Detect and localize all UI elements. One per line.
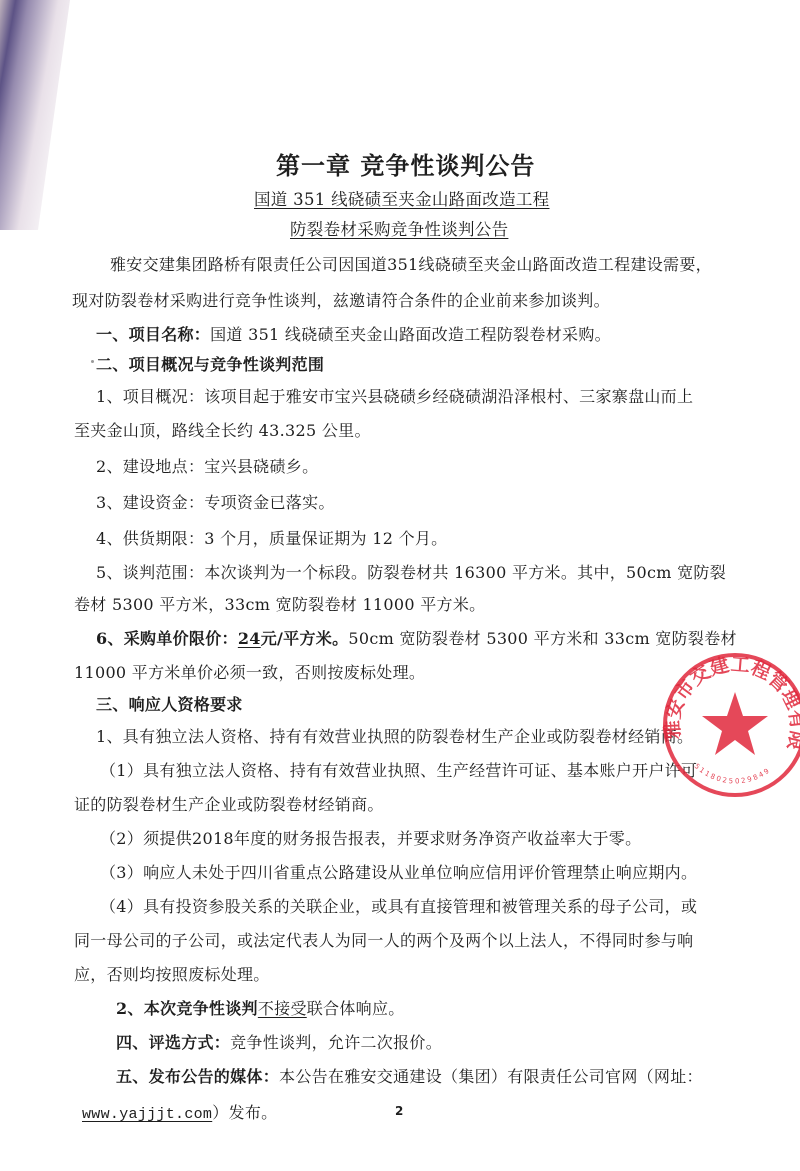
intro-line-2: 现对防裂卷材采购进行竞争性谈判，兹邀请符合条件的企业前来参加谈判。 [72,288,610,311]
section-5-text: 本公告在雅安交通建设（集团）有限责任公司官网（网址： [279,1067,703,1086]
document-page: 第一章 竞争性谈判公告 国道 351 线硗碛至夹金山路面改造工程 防裂卷材采购竞… [0,0,800,1171]
section-3-sub-2: （2）须提供2018年度的财务报告报表，并要求财务净资产收益率大于零。 [100,826,641,849]
item-2-post: 联合体响应。 [307,999,405,1018]
section-3-sub-4-line-2: 同一母公司的子公司，或法定代表人为同一人的两个及两个以上法人，不得同时参与响 [74,928,693,951]
section-2-item-5-line-2: 卷材 5300 平方米，33cm 宽防裂卷材 11000 平方米。 [74,592,485,615]
section-2-item-6-line-1: 6、采购单价限价：24元/平方米。50cm 宽防裂卷材 5300 平方米和 33… [96,626,737,649]
section-1: 一、项目名称：国道 351 线硗碛至夹金山路面改造工程防裂卷材采购。 [96,322,611,345]
section-5-after-url: ）发布。 [212,1103,277,1122]
section-3-sub-1-line-2: 证的防裂卷材生产企业或防裂卷材经销商。 [74,792,384,815]
section-3-sub-4-line-1: （4）具有投资参股关系的关联企业，或具有直接管理和被管理关系的母子公司，或 [100,894,697,917]
section-4: 四、评选方式：竞争性谈判，允许二次报价。 [116,1030,442,1053]
section-2-item-1-line-1: 1、项目概况：该项目起于雅安市宝兴县硗碛乡经硗碛湖沿泽根村、三家寨盘山而上 [96,384,693,407]
section-2-item-4: 4、供货期限：3 个月，质量保证期为 12 个月。 [96,526,447,549]
section-2-item-3: 3、建设资金：专项资金已落实。 [96,490,335,513]
section-3-sub-1-line-1: （1）具有独立法人资格、持有有效营业执照、生产经营许可证、基本账户开户许可 [100,758,697,781]
section-4-text: 竞争性谈判，允许二次报价。 [230,1033,442,1052]
company-seal-icon: 雅安市交建工程管理有限公司 5118025029849 [660,650,800,800]
section-5: 五、发布公告的媒体：本公告在雅安交通建设（集团）有限责任公司官网（网址： [116,1064,703,1087]
section-2-item-6-line-2: 11000 平方米单价必须一致，否则按废标处理。 [74,660,425,683]
section-2-item-1-line-2: 至夹金山顶，路线全长约 43.325 公里。 [74,418,371,441]
page-number: 2 [395,1104,403,1118]
item-2-underlined: 不接受 [258,999,307,1018]
website-link[interactable]: www.yajjjt.com [82,1106,212,1123]
section-5-line-2: www.yajjjt.com）发布。 [82,1100,277,1123]
section-2-heading: 二、项目概况与竞争性谈判范围 [96,352,324,375]
section-3-item-2: 2、本次竞争性谈判不接受联合体响应。 [116,996,405,1019]
page-title: 第一章 竞争性谈判公告 [276,146,535,181]
intro-line-1: 雅安交建集团路桥有限责任公司因国道351线硗碛至夹金山路面改造工程建设需要， [110,252,712,275]
section-2-item-5-line-1: 5、谈判范围：本次谈判为一个标段。防裂卷材共 16300 平方米。其中，50cm… [96,560,726,583]
section-3-item-1: 1、具有独立法人资格、持有有效营业执照的防裂卷材生产企业或防裂卷材经销商。 [96,724,693,747]
section-2-item-2: 2、建设地点：宝兴县硗碛乡。 [96,454,318,477]
section-3-sub-4-line-3: 应，否则均按照废标处理。 [74,962,270,985]
subtitle-line-2: 防裂卷材采购竞争性谈判公告 [290,216,508,240]
section-4-label: 四、评选方式： [116,1033,230,1052]
svg-text:5118025029849: 5118025029849 [693,762,773,785]
item-6-rest: 50cm 宽防裂卷材 5300 平方米和 33cm 宽防裂卷材 [348,629,736,648]
section-5-label: 五、发布公告的媒体： [116,1067,279,1086]
item-6-label: 6、采购单价限价： [96,629,238,648]
subtitle-line-1: 国道 351 线硗碛至夹金山路面改造工程 [254,186,549,210]
item-6-unit: 元/平方米。 [261,629,349,648]
item-6-price: 24 [238,629,261,648]
item-2-pre: 2、本次竞争性谈判 [116,999,258,1018]
section-1-label: 一、项目名称： [96,325,210,344]
section-3-heading: 三、响应人资格要求 [96,692,243,715]
section-3-sub-3: （3）响应人未处于四川省重点公路建设从业单位响应信用评价管理禁止响应期内。 [100,860,697,883]
section-1-text: 国道 351 线硗碛至夹金山路面改造工程防裂卷材采购。 [210,325,611,344]
scan-speck [91,360,94,363]
